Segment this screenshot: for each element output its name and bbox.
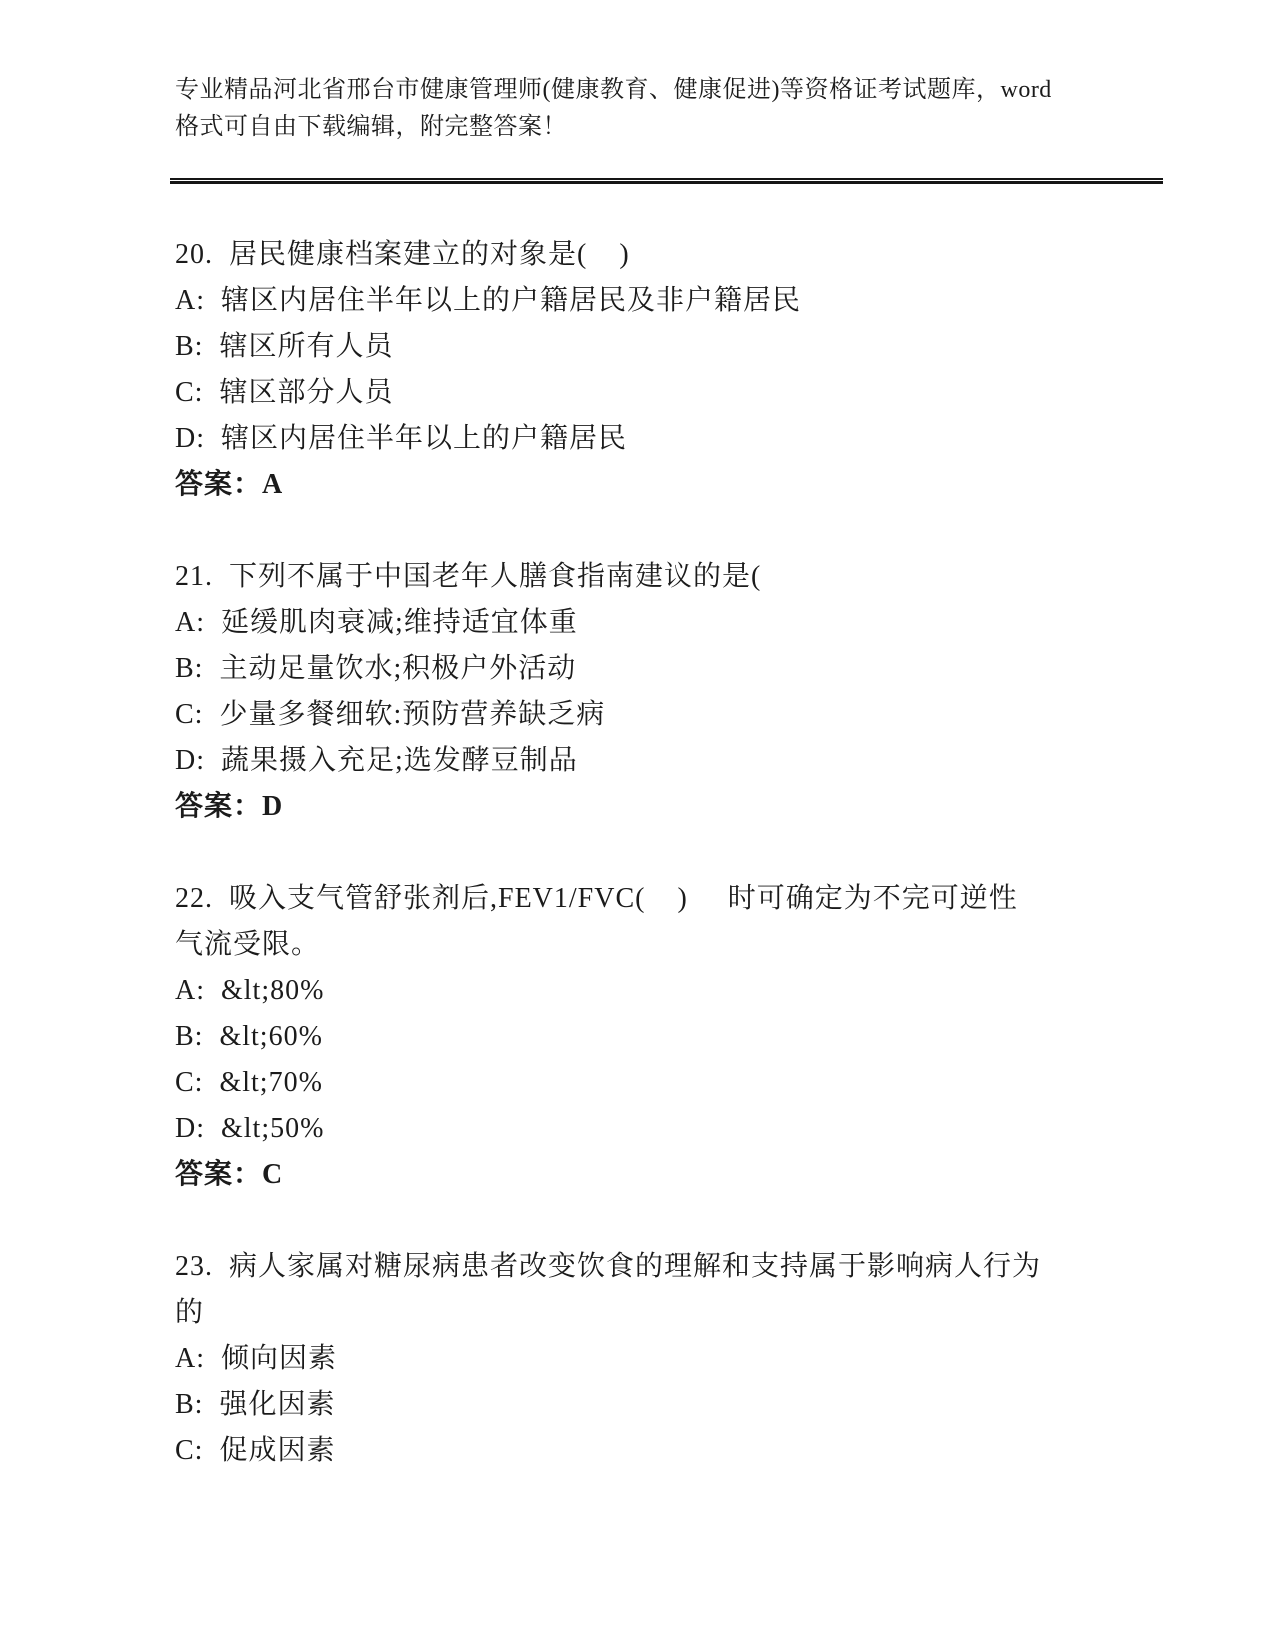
question-title: 21. 下列不属于中国老年人膳食指南建议的是( — [175, 554, 1185, 600]
answer-line: 答案：D — [175, 784, 1185, 830]
answer-line: 答案：A — [175, 462, 1185, 508]
option-d: D: &lt;50% — [175, 1106, 1185, 1152]
question-title: 23. 病人家属对糖尿病患者改变饮食的理解和支持属于影响病人行为 — [175, 1244, 1185, 1290]
question-title-wrap: 气流受限。 — [175, 922, 1185, 968]
option-c: C: &lt;70% — [175, 1060, 1185, 1106]
question-22: 22. 吸入支气管舒张剂后,FEV1/FVC( ) 时可确定为不完可逆性 气流受… — [175, 876, 1185, 1198]
option-a: A: &lt;80% — [175, 968, 1185, 1014]
header-notice: 专业精品河北省邢台市健康管理师(健康教育、健康促进)等资格证考试题库，word … — [175, 72, 1105, 146]
option-a: A: 辖区内居住半年以上的户籍居民及非户籍居民 — [175, 278, 1185, 324]
question-title: 20. 居民健康档案建立的对象是( ) — [175, 232, 1185, 278]
question-20: 20. 居民健康档案建立的对象是( ) A: 辖区内居住半年以上的户籍居民及非户… — [175, 232, 1185, 508]
option-b: B: &lt;60% — [175, 1014, 1185, 1060]
option-b: B: 辖区所有人员 — [175, 324, 1185, 370]
option-c: C: 少量多餐细软:预防营养缺乏病 — [175, 692, 1185, 738]
option-c: C: 促成因素 — [175, 1428, 1185, 1474]
document-page: 专业精品河北省邢台市健康管理师(健康教育、健康促进)等资格证考试题库，word … — [0, 0, 1275, 1650]
option-b: B: 主动足量饮水;积极户外活动 — [175, 646, 1185, 692]
answer-line: 答案：C — [175, 1152, 1185, 1198]
question-title: 22. 吸入支气管舒张剂后,FEV1/FVC( ) 时可确定为不完可逆性 — [175, 876, 1185, 922]
option-a: A: 倾向因素 — [175, 1336, 1185, 1382]
question-23: 23. 病人家属对糖尿病患者改变饮食的理解和支持属于影响病人行为 的 A: 倾向… — [175, 1244, 1185, 1474]
option-d: D: 辖区内居住半年以上的户籍居民 — [175, 416, 1185, 462]
option-b: B: 强化因素 — [175, 1382, 1185, 1428]
option-a: A: 延缓肌肉衰减;维持适宜体重 — [175, 600, 1185, 646]
option-c: C: 辖区部分人员 — [175, 370, 1185, 416]
header-notice-line-2: 格式可自由下载编辑，附完整答案！ — [175, 109, 1105, 146]
questions-list: 20. 居民健康档案建立的对象是( ) A: 辖区内居住半年以上的户籍居民及非户… — [175, 232, 1185, 1474]
question-title-wrap: 的 — [175, 1290, 1185, 1336]
option-d: D: 蔬果摄入充足;选发酵豆制品 — [175, 738, 1185, 784]
header-notice-line-1: 专业精品河北省邢台市健康管理师(健康教育、健康促进)等资格证考试题库，word — [175, 72, 1105, 109]
header-divider — [170, 178, 1163, 184]
question-21: 21. 下列不属于中国老年人膳食指南建议的是( A: 延缓肌肉衰减;维持适宜体重… — [175, 554, 1185, 830]
